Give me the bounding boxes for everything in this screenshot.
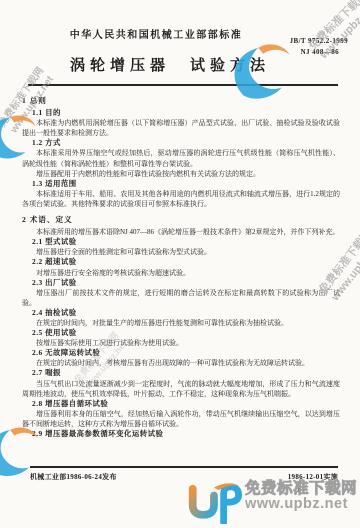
watermark-swirl-logo-icon	[226, 40, 298, 106]
paragraph: 当压气机出口处流量逐渐减少到一定程度时，气流的脉动就大幅度地增加，形成了压力和气…	[22, 379, 340, 399]
section-heading: 2.4 抽检试验	[22, 308, 340, 318]
paragraph: 对增压器进行安全裕度的考核试验称为超速试验。	[22, 268, 340, 278]
footer-divider	[30, 466, 338, 468]
paragraph: 增压器配用于内燃机的性能和可靠性试验按内燃机有关试验方法的规定。	[22, 169, 340, 179]
section-heading: 2 术语、定义	[22, 215, 340, 225]
issue-date: 机械工业部1986-06-24发布	[30, 472, 117, 482]
up-logo-icon	[184, 480, 242, 526]
section-heading: 2.3 出厂试验	[22, 278, 340, 288]
watermark-site-name: 免费标准下载网	[245, 480, 357, 497]
section-heading: 2.8 增压器自循环试验	[22, 399, 340, 409]
section-heading: 2.2 超速试验	[22, 257, 340, 267]
document-body: 1 总则1.1 目的本标准为内燃机用涡轮增压器（以下简称增压器）产品型式试验、出…	[22, 95, 340, 439]
paragraph: 在规定的时间内，对批量生产的增压器进行性能复测和可靠性试验称为抽检试验。	[22, 318, 340, 328]
watermark-swirl-logo-icon	[0, 418, 44, 488]
section-heading: 2.1 型式试验	[22, 237, 340, 247]
section-heading: 2.7 喘振	[22, 368, 340, 378]
section-heading: 2.5 使用试验	[22, 328, 340, 338]
scanned-standard-page: 中华人民共和国机械工业部部标准 JB/T 9752.2-1999 NJ 408—…	[0, 0, 360, 528]
paragraph: 增压器利用本身的压缩空气，经加热后输入涡轮作功，带动压气机继续输出压缩空气，以达…	[22, 409, 340, 429]
paragraph: 本标准适用于车用、船用、农用及其他各种用途的内燃机用径流式和轴流式增压器，进行1…	[22, 189, 340, 209]
section-heading: 1.2 方式	[22, 138, 340, 148]
section-heading: 2.9 增压器最高参数循环变化运转试验	[22, 429, 340, 439]
paragraph: 按增压器实际使用工况进行试验称为使用试验。	[22, 338, 340, 348]
watermark-bottom: 免费标准下载网 www.upbz.net	[184, 480, 360, 526]
paragraph: 增压器进行全面的性能测定和可靠性试验称为型式试验。	[22, 247, 340, 257]
watermark-bottom-texts: 免费标准下载网 www.upbz.net	[245, 480, 357, 512]
section-heading: 1.3 适用范围	[22, 179, 340, 189]
section-heading: 1.1 目的	[22, 108, 340, 118]
paragraph: 本标准采用外界压缩空气或经加热后，驱动增压器的涡轮进行压气机级性能（简称压气机性…	[22, 148, 340, 168]
issuing-organization: 中华人民共和国机械工业部部标准	[0, 26, 312, 41]
paragraph: 本标准所用的增压器术语除NJ 407—86《涡轮增压器一般技术条件》第2章规定外…	[22, 227, 340, 237]
watermark-site-url: www.upbz.net	[245, 497, 357, 512]
paragraph: 增压器出厂前按技术文件的规定，进行短期的磨合运转及在标定和最高转数下的试验称为出…	[22, 288, 340, 308]
paragraph: 本标准为内燃机用涡轮增压器（以下简称增压器）产品型式试验、出厂试验、抽检试验及验…	[22, 118, 340, 138]
section-heading: 2.6 无故障运转试验	[22, 348, 340, 358]
paragraph: 在规定的试验时间内，考核增压器有否出现故障的一种可靠性试验称为无故障运转试验。	[22, 358, 340, 368]
